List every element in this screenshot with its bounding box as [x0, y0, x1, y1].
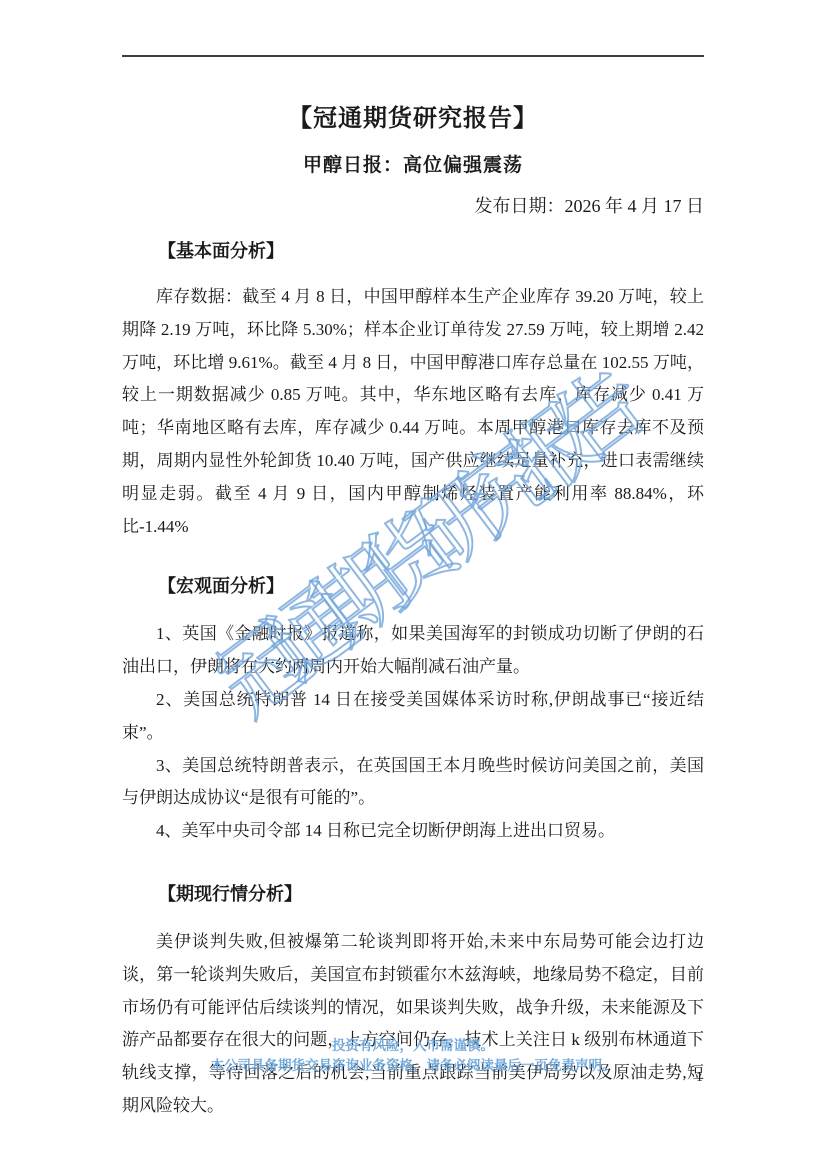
report-page: 冠通期货研究报告 【冠通期货研究报告】 甲醇日报：高位偏强震荡 发布日期：202… — [0, 0, 826, 1169]
macro-item-3: 3、美国总统特朗普表示，在英国国王本月晚些时候访问美国之前，美国与伊朗达成协议“… — [122, 750, 704, 816]
macro-item-2: 2、美国总统特朗普 14 日在接受美国媒体采访时称,伊朗战事已“接近结束”。 — [122, 684, 704, 750]
footer-line-risk: 投资有风险，入市需谨慎。 — [0, 1036, 826, 1056]
section-heading-macro: 【宏观面分析】 — [122, 573, 704, 599]
header-rule — [122, 55, 704, 57]
page-title: 【冠通期货研究报告】 — [122, 103, 704, 135]
section-heading-market: 【期现行情分析】 — [122, 881, 704, 907]
content-column: 【冠通期货研究报告】 甲醇日报：高位偏强震荡 发布日期：2026 年 4 月 1… — [122, 0, 704, 1123]
publish-date: 发布日期：2026 年 4 月 17 日 — [122, 193, 704, 219]
section-heading-fundamental: 【基本面分析】 — [122, 238, 704, 264]
page-number: 1 — [696, 1069, 703, 1087]
macro-item-4: 4、美军中央司令部 14 日称已完全切断伊朗海上进出口贸易。 — [122, 815, 704, 848]
macro-item-1: 1、英国《金融时报》报道称，如果美国海军的封锁成功切断了伊朗的石油出口，伊朗将在… — [122, 618, 704, 684]
fundamental-paragraph: 库存数据：截至 4 月 8 日，中国甲醇样本生产企业库存 39.20 万吨，较上… — [122, 281, 704, 543]
market-paragraph: 美伊谈判失败,但被爆第二轮谈判即将开始,未来中东局势可能会边打边谈，第一轮谈判失… — [122, 926, 704, 1123]
report-subtitle: 甲醇日报：高位偏强震荡 — [122, 152, 704, 179]
